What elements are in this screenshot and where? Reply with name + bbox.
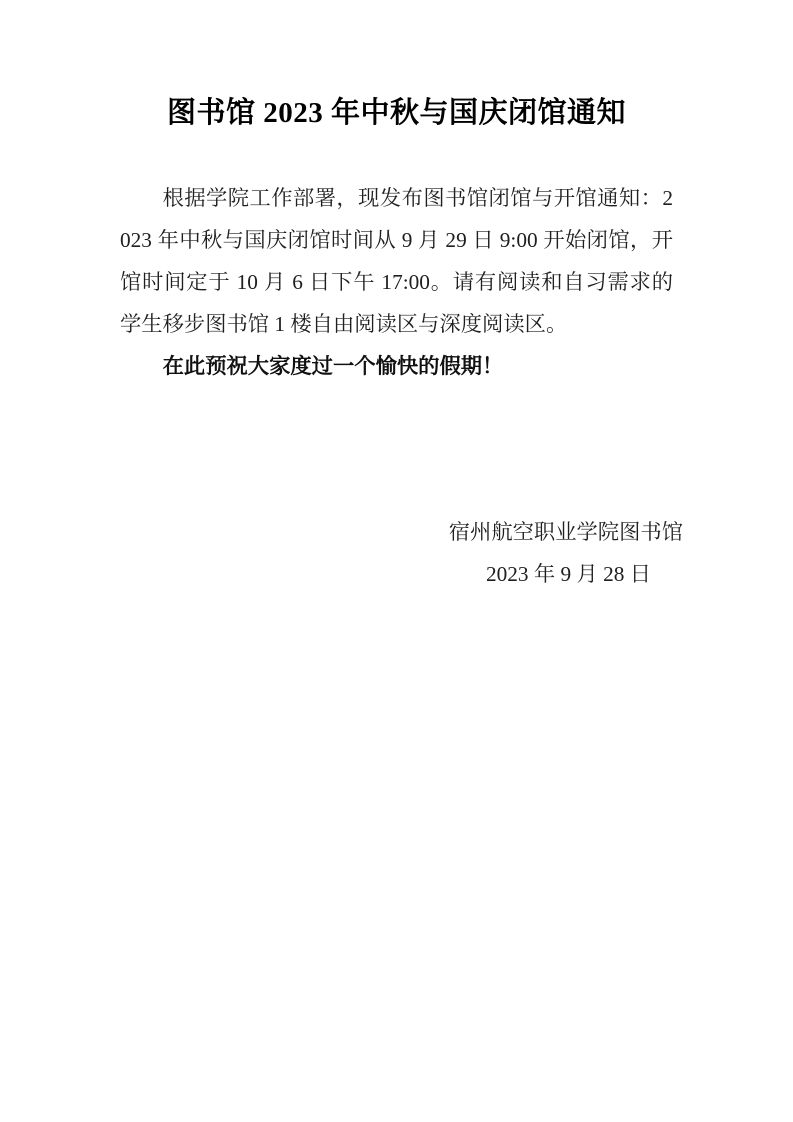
signature-line: 宿州航空职业学院图书馆 — [0, 511, 793, 553]
document-page: 图书馆 2023 年中秋与国庆闭馆通知 根据学院工作部署，现发布图书馆闭馆与开馆… — [0, 0, 793, 1122]
body-paragraph: 根据学院工作部署，现发布图书馆闭馆与开馆通知：2023 年中秋与国庆闭馆时间从 … — [120, 177, 673, 345]
date-line: 2023 年 9 月 28 日 — [0, 553, 793, 595]
document-title: 图书馆 2023 年中秋与国庆闭馆通知 — [120, 92, 673, 134]
wish-line: 在此预祝大家度过一个愉快的假期！ — [120, 345, 673, 387]
